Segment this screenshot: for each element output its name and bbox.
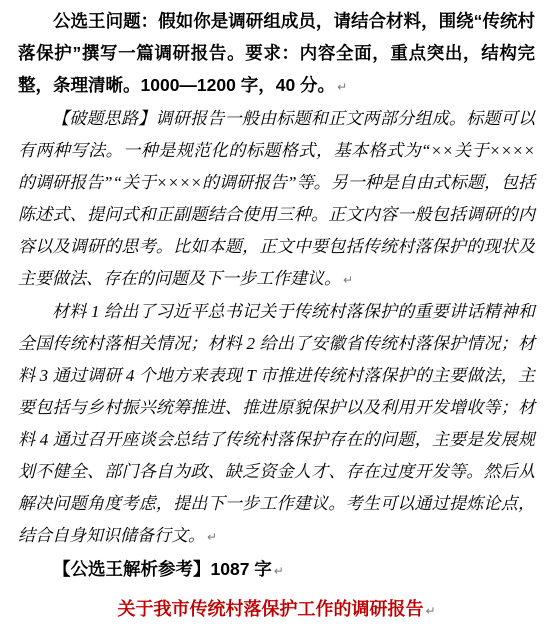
materials-summary-text: 材料 1 给出了习近平总书记关于传统村落保护的重要讲话精神和全国传统村落相关情况… [18,302,535,545]
question-paragraph: 公选王问题：假如你是调研组成员，请结合材料，围绕“传统村落保护”撰写一篇调研报告… [18,5,535,103]
paragraph-return-icon: ↵ [337,71,347,103]
report-title-text: 关于我市传统村落保护工作的调研报告 [117,599,423,619]
reference-label-paragraph: 【公选王解析参考】1087 字↵ [18,553,535,587]
paragraph-return-icon: ↵ [343,264,353,296]
document-page: 公选王问题：假如你是调研组成员，请结合材料，围绕“传统村落保护”撰写一篇调研报告… [0,0,553,636]
question-text: 公选王问题：假如你是调研组成员，请结合材料，围绕“传统村落保护”撰写一篇调研报告… [18,11,535,95]
reference-label-text: 【公选王解析参考】1087 字 [53,559,272,579]
paragraph-return-icon: ↵ [274,555,284,587]
report-title: 关于我市传统村落保护工作的调研报告↵ [18,593,535,627]
materials-summary-paragraph: 材料 1 给出了习近平总书记关于传统村落保护的重要讲话精神和全国传统村落相关情况… [18,296,535,553]
answer-approach-text: 【破题思路】调研报告一般由标题和正文两部分组成。标题可以有两种写法。一种是规范化… [18,109,535,288]
paragraph-return-icon: ↵ [425,595,435,627]
paragraph-return-icon: ↵ [207,521,217,553]
answer-approach-paragraph: 【破题思路】调研报告一般由标题和正文两部分组成。标题可以有两种写法。一种是规范化… [18,103,535,296]
